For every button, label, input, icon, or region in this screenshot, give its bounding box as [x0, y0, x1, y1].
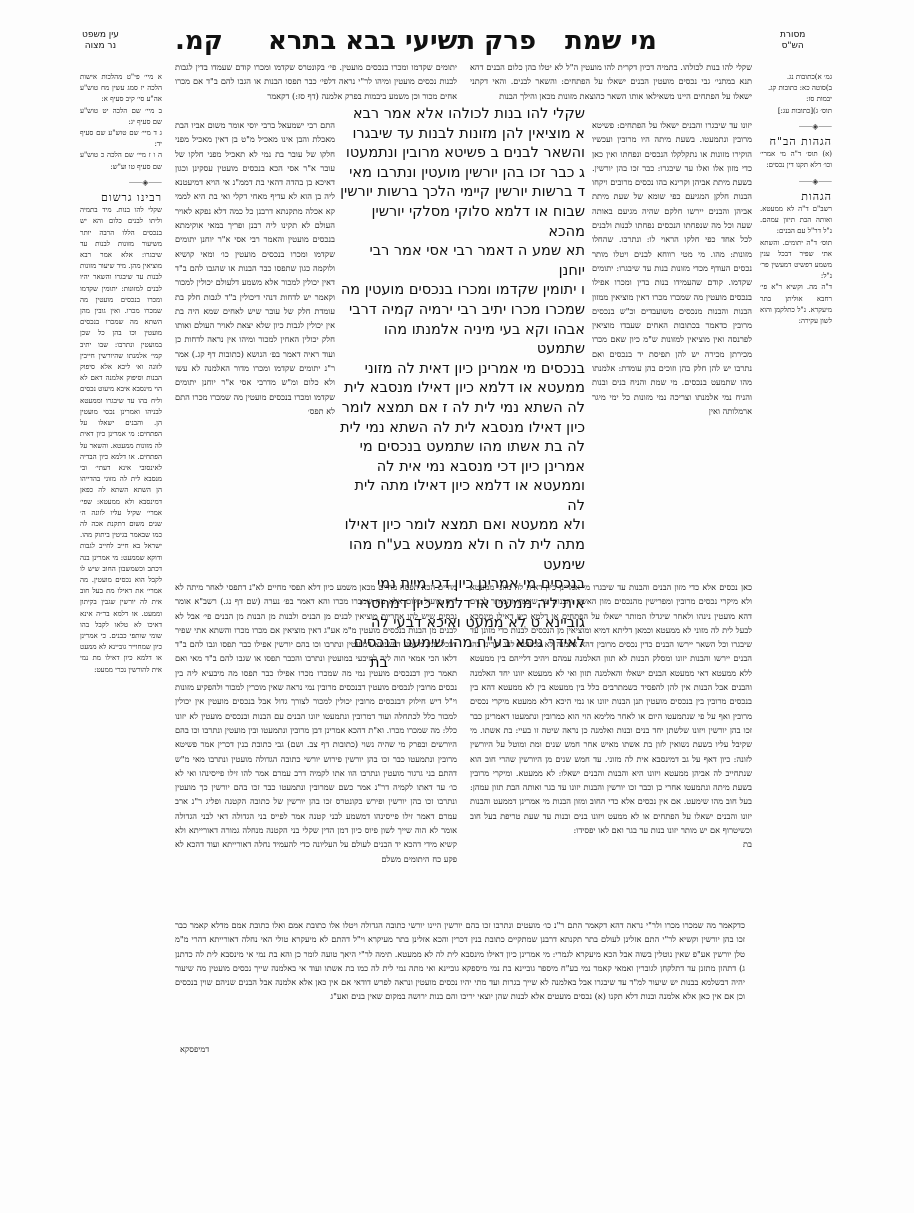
hagahot-text: תוס׳ ד"ה יתומים. והשתא אתי שפיר דבכל עני… [760, 238, 832, 283]
gemara-line: מתה לית לה ח ולא ממעטא בע"ח מהו שימעט [340, 536, 585, 575]
gemara-line: וממעטא או דלמא כיון דאילו מתה לית לה [340, 477, 585, 516]
masoret-line: גמ׳ א)כתובות נג. [760, 72, 832, 83]
masoret-header: מסורת הש"ס [780, 30, 805, 52]
gemara-line: א מוציאין להן מזונות לבנות עד שיבגרו [340, 125, 585, 145]
gemara-line: והשאר לבנים ב פשיטא מרובין ונתמעטו [340, 144, 585, 164]
gemara-line: לה בת אשתו מהו שתמעט בנכסים מי [340, 438, 585, 458]
tosafot-bottom: מחיים הכא תפסה מחיים מכאן משמע כיון דלא … [175, 580, 457, 866]
gemara-line: אמרינן כיון דכי מנסבא נמי אית לה [340, 458, 585, 478]
hagahot-text: רשב"ם ד"ה לא ממעטא. ואותה הבת תיזון עמהם… [760, 204, 832, 238]
gemara-line: לה השתא נמי לית לה ז אם תמצא לומר [340, 399, 585, 419]
masoret-hashas-column: גמ׳ א)כתובות נג. ב)סוטה כא: כתובות קג. י… [760, 72, 832, 327]
gemara-line: ו יתומין שקדמו ומכרו בנכסים מועטין מה [340, 281, 585, 301]
gemara-line: ולא ממעטא ואם תמצא לומר כיון דאילו [340, 516, 585, 536]
ornament-divider: ⸺◈⸺ [760, 121, 832, 132]
gemara-line: שבוח או דלמא סלוקי מסלקי יורשין מהכא [340, 203, 585, 242]
ein-mishpat-entry: ה ו ז מיי׳ שם הלכה כ טוש"ע שם סעיף טו וע… [80, 150, 162, 172]
hashas-title: הש"ס [780, 41, 805, 52]
perek-name: פרק תשיעי [405, 26, 536, 56]
ein-mishpat-column: א מיי׳ פי"ט מהלכות אישות הלכה יז סמג עשי… [80, 72, 162, 676]
rashi-side: יזונו עד שיבגרו והבנים ישאלו על הפתחים: … [592, 118, 752, 418]
gemara-line: שמכרו מכרו יתיב רבי ירמיה קמיה דרבי [340, 301, 585, 321]
masoret-line: ב)סוטה כא: כתובות קג. [760, 83, 832, 94]
ein-mishpat-header: עין משפט נר מצוה [82, 30, 119, 52]
hagahot-bach-title: הגהות הב"ח [760, 136, 832, 147]
tosafot-final-catchword: דמיפסקא [180, 1042, 209, 1056]
hagahot-bach-text: (א) תוס׳ ד"ה מי אמרי׳ וכו׳ דלא תקנו דין … [760, 149, 832, 171]
masoret-line: יבמות סז: [760, 94, 832, 105]
gemara-line: ממעטא או דלמא כיון דאילו מנסבא לית [340, 379, 585, 399]
rabbeinu-gershom-title: רבינו גרשום [80, 192, 162, 203]
chapter-title: מי שמת [565, 26, 657, 56]
rabbeinu-gershom-text: שקלי להו בנות. מיד בתמיה וליתו לבנים כלו… [80, 205, 162, 676]
gemara-line: תא שמע ה דאמר רבי אסי אמר רבי יוחנן [340, 242, 585, 281]
ein-mishpat-entry: א מיי׳ פי"ט מהלכות אישות הלכה יז סמג עשי… [80, 72, 162, 106]
gemara-line: ד ברשות יורשין קיימי הלכך ברשות יורשין [340, 183, 585, 203]
gemara-line: בנכסים מי אמרינן כיון דאית לה מזוני [340, 360, 585, 380]
tosafot-top: יתומים שקדמו ומכרו בנכסים מועטין. פי׳ בק… [175, 60, 457, 103]
tosafot-full-width: כדקאמר מה שמכרו מכרו ולר"י נראה דהא דקאמ… [175, 918, 745, 1004]
gemara-line: אבהו וקא בעי מיניה אלמנתו מהו שתמעט [340, 321, 585, 360]
tractate-name: בבא בתרא [268, 26, 396, 56]
ornament-divider: ⸺◈⸺ [80, 177, 162, 188]
ner-mitzva-title: נר מצוה [82, 41, 119, 52]
rashi-catchword: בת [470, 837, 752, 851]
rashi-bottom: כאן נכסים אלא כדי מזון הבנים והבנות עד ש… [470, 580, 752, 852]
gemara-line: ג כבר זכו בהן יורשין מועטין ונתרבו מאי [340, 164, 585, 184]
ein-mishpat-entry: ב מיי׳ שם הלכה יט טוש"ע שם סעיף יג: [80, 106, 162, 128]
rashi-bottom-text: כאן נכסים אלא כדי מזון הבנים והבנות עד ש… [470, 582, 752, 835]
rashi-top: שקלי להו בנות לכולהו. בתמיה דכיון דקרית … [470, 60, 752, 103]
gemara-line: כיון דאילו מנסבא לית לה השתא נמי לית [340, 419, 585, 439]
ein-mishpat-entry: ג ד מיי׳ שם טוש"ע שם סעיף יד: [80, 128, 162, 150]
masoret-title: מסורת [780, 30, 805, 41]
hagahot-title: הגהות [760, 191, 832, 202]
ornament-divider: ⸺◈⸺ [760, 176, 832, 187]
masoret-line: תוס׳ ג)[כתובות עג:] [760, 106, 832, 117]
tosafot-side: התם רבי ישמעאל ברבי יוסי אומר משום אביו … [175, 118, 335, 418]
ein-mishpat-title: עין משפט [82, 30, 119, 41]
gemara-line: שקלי להו בנות לכולהו אלא אמר רבא [340, 105, 585, 125]
folio-number: קמ. [175, 26, 223, 56]
hagahot-text: ד"ה מה. וקשיא ר"א פי׳ רחבא אוליתן בתר מי… [760, 282, 832, 327]
